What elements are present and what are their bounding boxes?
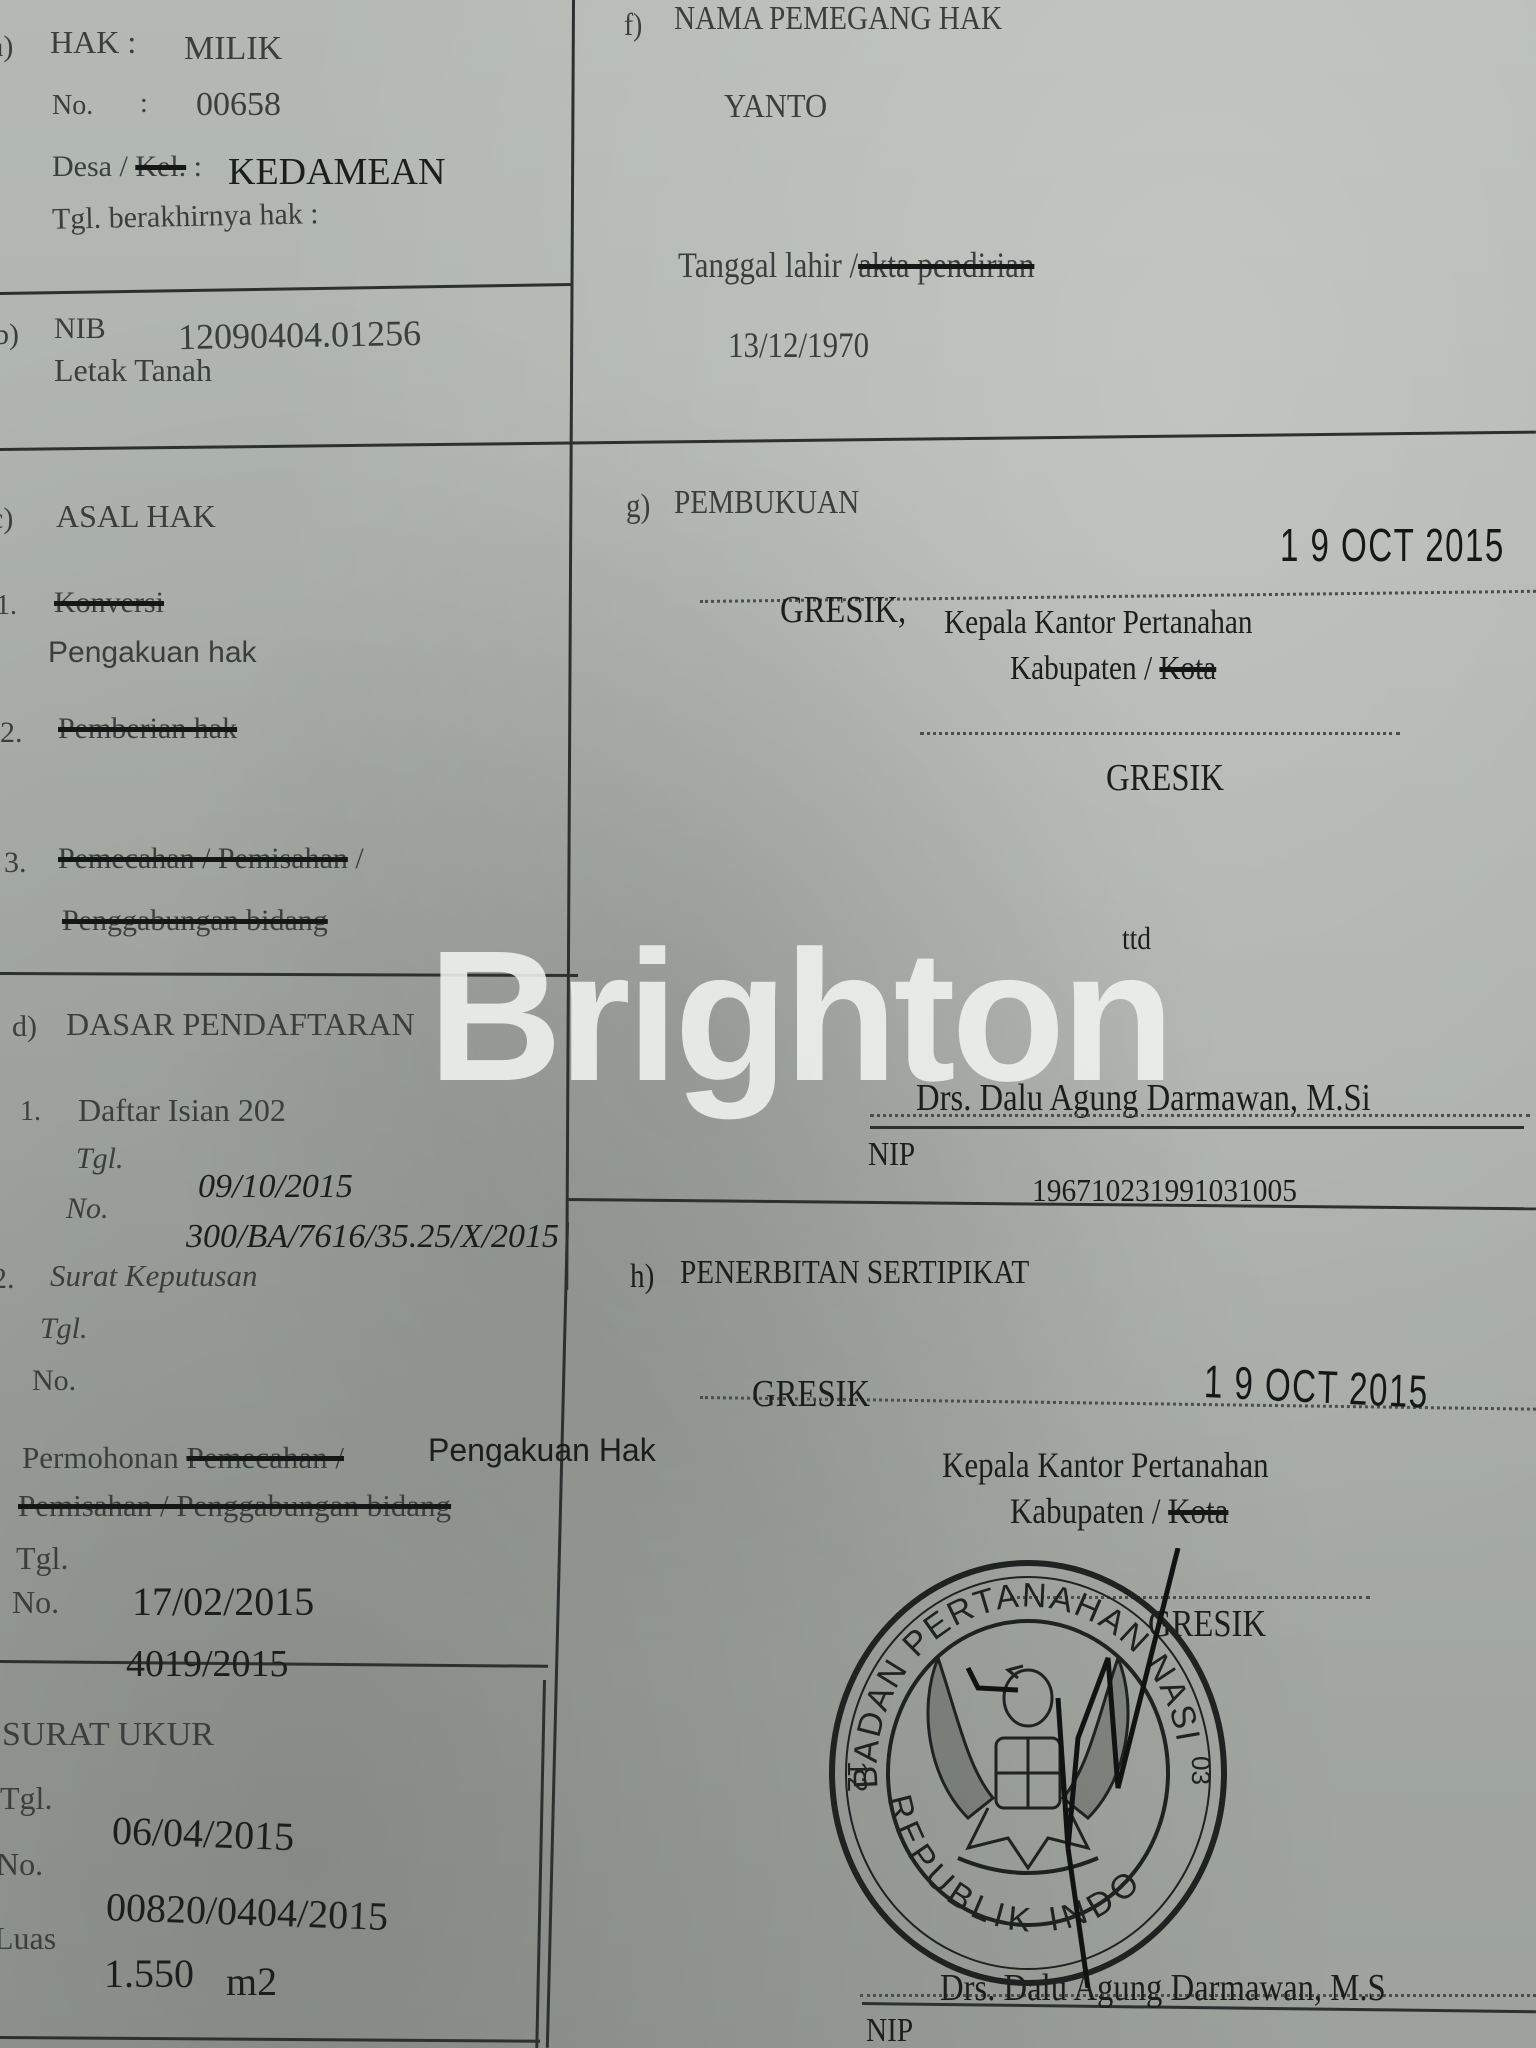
luas-label: Luas xyxy=(0,1920,56,1957)
luas-unit: m2 xyxy=(226,1958,277,2005)
d-item-2-num: 2. xyxy=(0,1262,15,1296)
d1-tgl-value: 09/10/2015 xyxy=(198,1168,353,1206)
penerbitan-office-line2: Kabupaten / Kota xyxy=(1010,1490,1228,1532)
daftar-isian-label: Daftar Isian 202 xyxy=(78,1092,286,1129)
desa-sep: : xyxy=(194,150,202,183)
su-no-value: 00820/0404/2015 xyxy=(105,1883,389,1940)
kota-struck: Kota xyxy=(1159,650,1216,687)
nip-label: NIP xyxy=(868,1136,915,1174)
section-g-marker: g) xyxy=(626,488,650,526)
section-h-marker: h) xyxy=(630,1258,654,1296)
pembukuan-title: PEMBUKUAN xyxy=(674,484,859,522)
letak-tanah-label: Letak Tanah xyxy=(54,352,212,389)
certificate-number: 00658 xyxy=(196,86,281,124)
holder-name: YANTO xyxy=(724,88,827,126)
brighton-watermark: Brighton xyxy=(428,924,1171,1110)
nib-label: NIB xyxy=(54,312,106,346)
official-seal-stamp: BADAN PERTANAHAN NASIONAL REPUBLIK INDON… xyxy=(818,1548,1238,1988)
penerbitan-nip-label: NIP xyxy=(866,2012,913,2048)
dob-label-text: Tanggal lahir / xyxy=(678,245,858,285)
pembukuan-place: GRESIK, xyxy=(780,588,906,632)
d2-no-label: No. xyxy=(32,1364,76,1398)
perm-tgl-label: Tgl. xyxy=(16,1540,68,1577)
seal-code-left: 12 xyxy=(842,1761,873,1792)
penerbitan-place: GRESIK xyxy=(752,1372,870,1416)
asal-item-1-num: 1. xyxy=(0,590,17,622)
section-b-marker: b) xyxy=(0,318,19,352)
dasar-pendaftaran-title: DASAR PENDAFTARAN xyxy=(66,1006,415,1043)
akta-pendirian-struck: akta pendirian xyxy=(858,245,1034,285)
surat-ukur-title: SURAT UKUR xyxy=(2,1716,214,1754)
penerbitan-title: PENERBITAN SERTIPIKAT xyxy=(680,1254,1029,1292)
perm-tgl-value: 17/02/2015 xyxy=(132,1578,314,1625)
nib-value: 12090404.01256 xyxy=(178,312,422,358)
luas-value: 1.550 xyxy=(104,1950,194,1997)
permohonan-struck2: Pemisahan / Penggabungan bidang xyxy=(18,1488,501,1524)
section-c-marker: c) xyxy=(0,502,13,536)
section-f-marker: f) xyxy=(624,6,642,43)
permohonan-line: Permohonan Pemecahan / xyxy=(22,1440,344,1476)
surat-keputusan-label: Surat Keputusan xyxy=(50,1258,258,1294)
penerbitan-office-line1: Kepala Kantor Pertanahan xyxy=(942,1444,1269,1486)
asal-item-3: Pemecahan / Pemisahan / xyxy=(58,842,364,876)
penerbitan-kota-struck: Kota xyxy=(1168,1491,1228,1531)
seal-code-right: 03 xyxy=(1186,1756,1216,1785)
d-item-1-num: 1. xyxy=(20,1096,41,1128)
d1-tgl-label: Tgl. xyxy=(76,1142,124,1176)
asal-item-1-struck: Konversi xyxy=(54,586,164,620)
d1-no-label: No. xyxy=(66,1192,109,1226)
su-tgl-label: Tgl. xyxy=(0,1780,52,1817)
pembukuan-date-stamp: 1 9 OCT 2015 xyxy=(1280,518,1505,572)
pembukuan-office-line1: Kepala Kantor Pertanahan xyxy=(944,604,1253,642)
asal-item-3-suffix: / xyxy=(355,842,363,875)
section-a-marker: a) xyxy=(0,30,13,64)
dob-label: Tanggal lahir /akta pendirian xyxy=(678,244,1034,286)
desa-label-text: Desa / xyxy=(52,150,128,183)
asal-item-3-struck: Pemecahan / Pemisahan xyxy=(58,842,348,875)
nama-pemegang-title: NAMA PEMEGANG HAK xyxy=(674,0,1002,38)
d1-no-value: 300/BA/7616/35.25/X/2015 xyxy=(186,1218,559,1256)
section-d-marker: d) xyxy=(12,1010,37,1044)
dob-value: 13/12/1970 xyxy=(728,324,869,366)
pembukuan-office-line2: Kabupaten / Kota xyxy=(1010,650,1216,688)
desa-label: Desa / Kel. : xyxy=(52,150,202,184)
permohonan-label: Permohonan xyxy=(22,1440,179,1475)
asal-item-3-num: 3. xyxy=(4,846,27,880)
expiry-label: Tgl. berakhirnya hak : xyxy=(52,197,319,237)
pembukuan-city: GRESIK xyxy=(1106,756,1224,800)
office-dotted-line xyxy=(920,732,1400,735)
signatory-underline xyxy=(870,1126,1524,1129)
su-tgl-value: 06/04/2015 xyxy=(111,1807,295,1860)
penerbitan-date-stamp: 1 9 OCT 2015 xyxy=(1203,1354,1429,1419)
asal-item-2-num: 2. xyxy=(0,716,23,750)
no-separator: : xyxy=(140,88,148,120)
perm-no-value: 4019/2015 xyxy=(126,1642,289,1686)
asal-item-1-filled: Pengakuan hak xyxy=(48,636,257,670)
perm-no-label: No. xyxy=(12,1584,59,1621)
d2-tgl-label: Tgl. xyxy=(40,1312,88,1346)
hak-value: MILIK xyxy=(184,30,282,68)
permohonan-filled: Pengakuan Hak xyxy=(428,1432,656,1469)
su-no-label: No. xyxy=(0,1846,43,1883)
kel-struck: Kel. xyxy=(135,150,186,183)
asal-item-2-struck: Pemberian hak xyxy=(58,712,237,746)
penerbitan-kabupaten: Kabupaten / xyxy=(1010,1491,1160,1531)
asal-item-3-struck2: Penggabungan bidang xyxy=(62,904,328,938)
kabupaten-label: Kabupaten / xyxy=(1010,650,1152,687)
no-label: No. xyxy=(52,90,93,122)
permohonan-struck1: Pemecahan / xyxy=(186,1440,344,1475)
asal-hak-title: ASAL HAK xyxy=(56,498,216,535)
desa-value: KEDAMEAN xyxy=(228,150,445,194)
hak-label: HAK : xyxy=(50,24,136,61)
nip-value: 196710231991031005 xyxy=(1032,1172,1297,1209)
